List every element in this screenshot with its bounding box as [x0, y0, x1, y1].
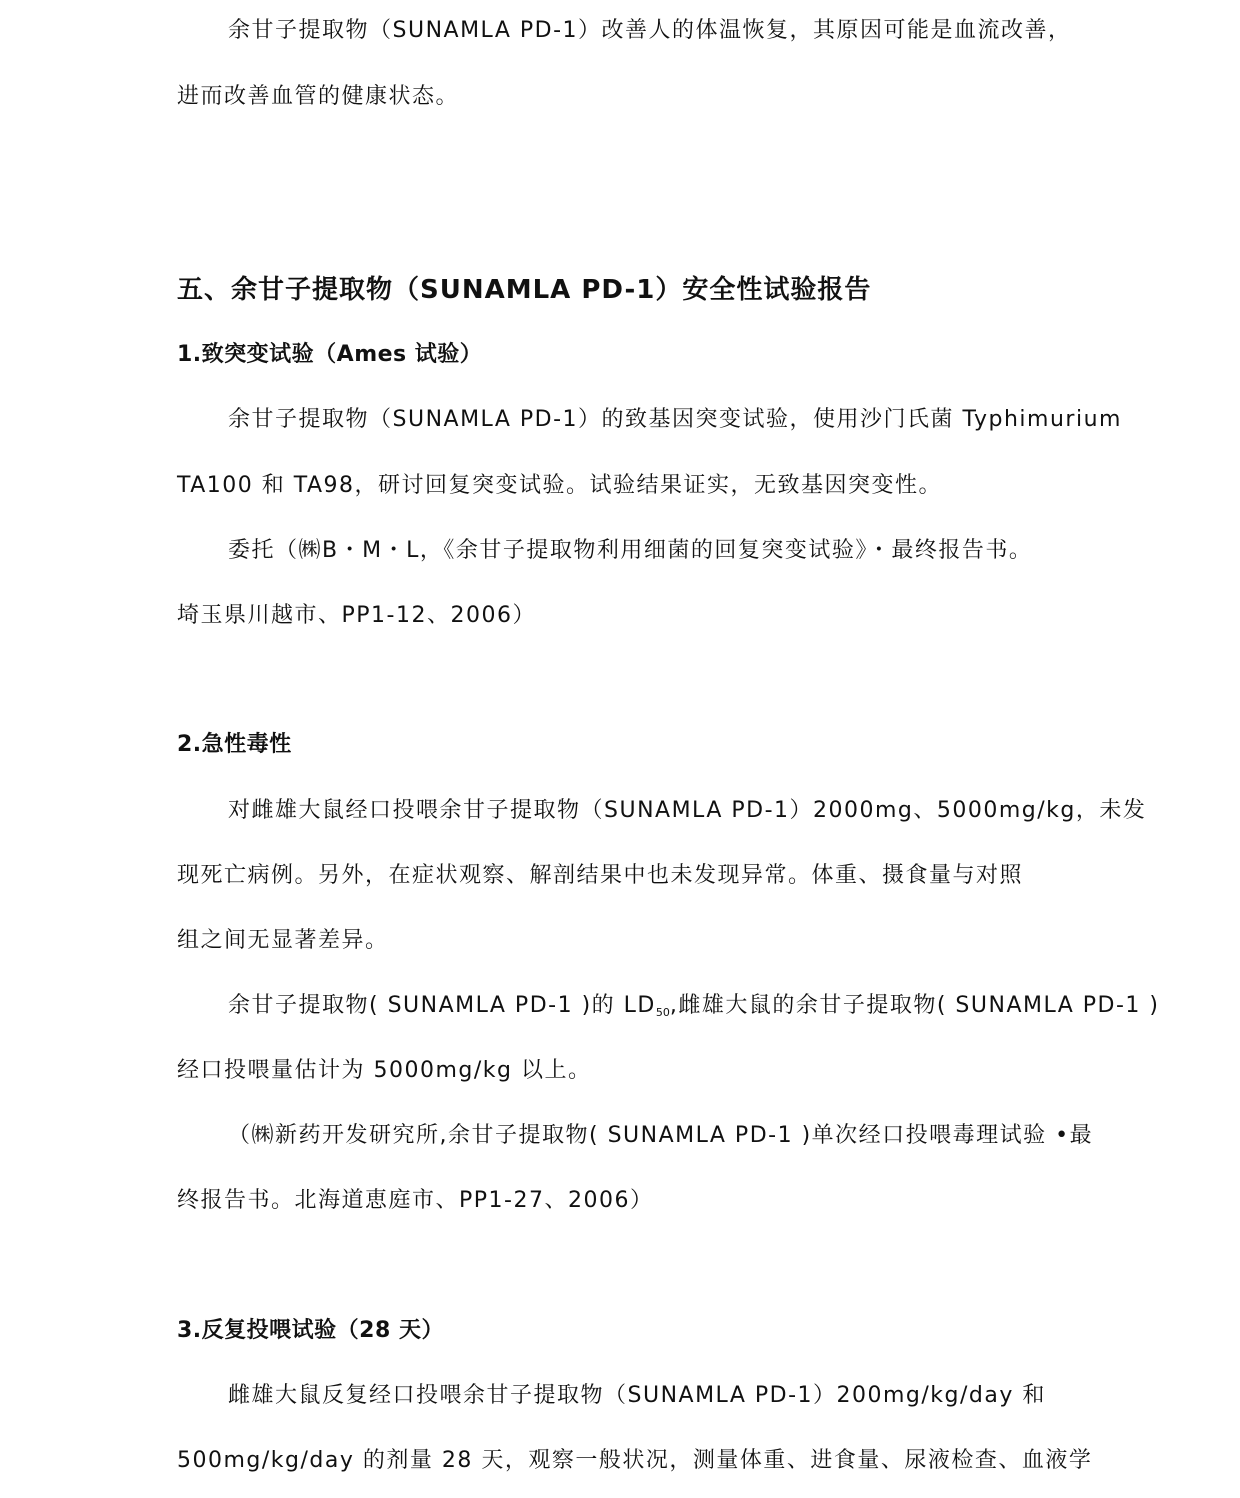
reference-line: 埼玉県川越市、PP1-12、2006）: [177, 601, 536, 631]
paragraph-line: 现死亡病例。另外，在症状观察、解剖结果中也未发现异常。体重、摄食量与对照: [177, 861, 1023, 891]
reference-line: 委托（㈱B・M・L，《余甘子提取物利用细菌的回复突变试验》・最终报告书。: [228, 536, 1032, 566]
paragraph-line: 余甘子提取物（SUNAMLA PD-1）改善人的体温恢复，其原因可能是血流改善，: [228, 16, 1088, 46]
paragraph-line: 进而改善血管的健康状态。: [177, 82, 459, 112]
paragraph-line: 对雌雄大鼠经口投喂余甘子提取物（SUNAMLA PD-1）2000mg、5000…: [228, 796, 1146, 826]
paragraph-line: 余甘子提取物（SUNAMLA PD-1）的致基因突变试验，使用沙门氏菌 Typh…: [228, 405, 1122, 435]
ld50-subscript: 50: [656, 1006, 670, 1019]
ld50-continuation: ,雌雄大鼠的余甘子提取物( SUNAMLA PD-1 ): [670, 993, 1160, 1018]
paragraph-line: 余甘子提取物( SUNAMLA PD-1 )的 LD50,雌雄大鼠的余甘子提取物…: [228, 991, 1160, 1028]
reference-line: 终报告书。北海道恵庭市、PP1-27、2006）: [177, 1186, 653, 1216]
paragraph-line: 经口投喂量估计为 5000mg/kg 以上。: [177, 1056, 592, 1086]
subsection-heading: 1.致突变试验（Ames 试验）: [177, 340, 482, 370]
ld50-text: 余甘子提取物( SUNAMLA PD-1 )的 LD: [228, 993, 656, 1018]
paragraph-line: 500mg/kg/day 的剂量 28 天，观察一般状况，测量体重、进食量、尿液…: [177, 1446, 1092, 1476]
subsection-heading: 3.反复投喂试验（28 天）: [177, 1316, 444, 1346]
reference-line: （㈱新药开发研究所,余甘子提取物( SUNAMLA PD-1 )单次经口投喂毒理…: [228, 1121, 1093, 1151]
paragraph-line: TA100 和 TA98，研讨回复突变试验。试验结果证实，无致基因突变性。: [177, 471, 942, 501]
section-title: 五、余甘子提取物（SUNAMLA PD-1）安全性试验报告: [177, 275, 871, 305]
paragraph-line: 组之间无显著差异。: [177, 926, 389, 956]
subsection-heading: 2.急性毒性: [177, 730, 292, 760]
paragraph-line: 雌雄大鼠反复经口投喂余甘子提取物（SUNAMLA PD-1）200mg/kg/d…: [228, 1381, 1046, 1411]
